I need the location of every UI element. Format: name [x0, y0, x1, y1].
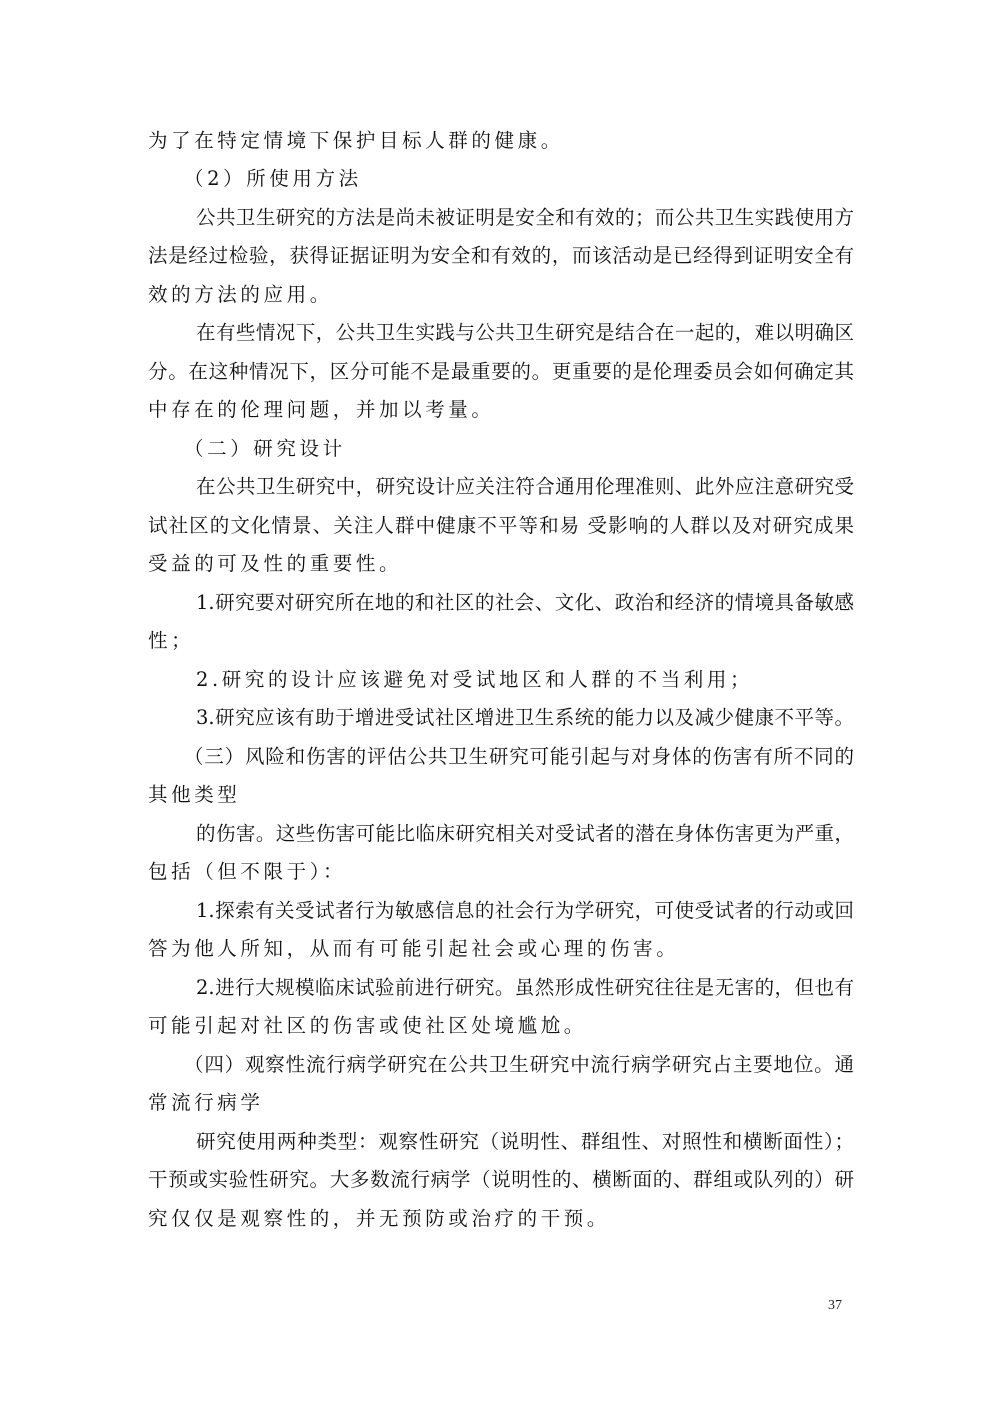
- section-heading: （2）所使用方法: [148, 160, 362, 198]
- body-text-line: 包括（但不限于）：: [148, 853, 346, 891]
- section-heading: （四）观察性流行病学研究在公共卫生研究中流行病学研究占主要地位。通: [148, 1046, 854, 1084]
- body-text-line: 中存在的伦理问题，并加以考量。: [148, 391, 495, 429]
- body-text-line: 效的方法的应用。: [148, 276, 333, 314]
- body-text-line: 答为他人所知，从而有可能引起社会或心理的伤害。: [148, 930, 679, 968]
- list-item-line: 2.进行大规模临床试验前进行研究。虽然形成性研究往往是无害的，但也有: [148, 969, 854, 1007]
- body-text-line: 可能引起对社区的伤害或使社区处境尴尬。: [148, 1007, 587, 1045]
- paragraph-first-line: 的伤害。这些伤害可能比临床研究相关对受试者的潜在身体伤害更为严重，: [148, 815, 854, 853]
- list-item-line: 2.研究的设计应该避免对受试地区和人群的不当利用；: [148, 661, 753, 699]
- list-item-line: 3.研究应该有助于增进受试社区增进卫生系统的能力以及减少健康不平等。: [148, 699, 854, 737]
- paragraph-first-line: 在有些情况下，公共卫生实践与公共卫生研究是结合在一起的，难以明确区: [148, 314, 854, 352]
- body-text-line: 试社区的文化情景、关注人群中健康不平等和易 受影响的人群以及对研究成果: [148, 507, 854, 545]
- section-heading: （二）研究设计: [148, 430, 346, 468]
- body-text-line: 究仅仅是观察性的，并无预防或治疗的干预。: [148, 1200, 610, 1238]
- list-item-line: 1.研究要对研究所在地的和社区的社会、文化、政治和经济的情境具备敏感: [148, 584, 854, 622]
- body-text-line: 分。在这种情况下，区分可能不是最重要的。更重要的是伦理委员会如何确定其: [148, 353, 854, 391]
- body-text-line: 其他类型: [148, 776, 240, 814]
- paragraph-first-line: 研究使用两种类型：观察性研究（说明性、群组性、对照性和横断面性）；: [148, 1123, 854, 1161]
- body-text-line: 为了在特定情境下保护目标人群的健康。: [148, 122, 564, 160]
- body-text-line: 受益的可及性的重要性。: [148, 545, 402, 583]
- body-text-line: 性；: [148, 622, 194, 660]
- body-text-line: 法是经过检验，获得证据证明为安全和有效的，而该活动是已经得到证明安全有: [148, 237, 854, 275]
- body-text-line: 干预或实验性研究。大多数流行病学（说明性的、横断面的、群组或队列的）研: [148, 1161, 854, 1199]
- paragraph-first-line: 在公共卫生研究中，研究设计应关注符合通用伦理准则、此外应注意研究受: [148, 468, 854, 506]
- body-text-line: 常流行病学: [148, 1084, 264, 1122]
- section-heading: （三）风险和伤害的评估公共卫生研究可能引起与对身体的伤害有所不同的: [148, 738, 854, 776]
- paragraph-first-line: 公共卫生研究的方法是尚未被证明是安全和有效的；而公共卫生实践使用方: [148, 199, 854, 237]
- page-number: 37: [828, 1298, 842, 1314]
- list-item-line: 1.探索有关受试者行为敏感信息的社会行为学研究，可使受试者的行动或回: [148, 892, 854, 930]
